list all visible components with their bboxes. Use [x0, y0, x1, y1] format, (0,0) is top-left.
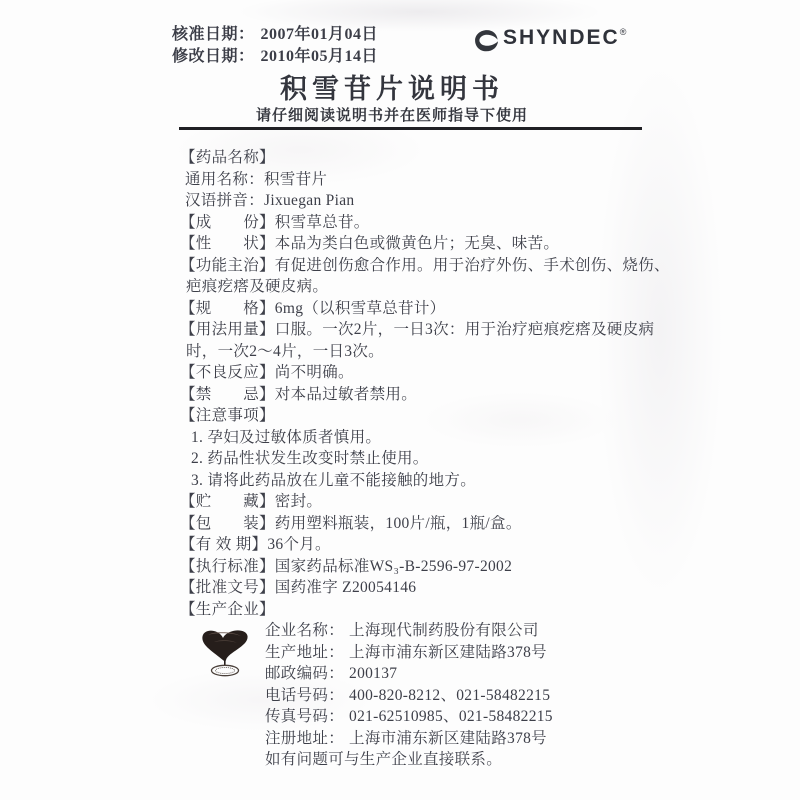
approval-date-label: 核准日期：	[172, 26, 255, 43]
field-indications: 【功能主治】有促进创伤愈合作用。用于治疗外伤、手术创伤、烧伤、	[180, 255, 654, 277]
fax-number-row: 传真号码：021-62510985、021-58482215	[180, 706, 654, 728]
field-validity-period: 【有 效 期】36个月。	[180, 534, 654, 556]
contact-note: 如有问题可与生产企业直接联系。	[180, 749, 654, 771]
field-adverse-reactions: 【不良反应】尚不明确。	[180, 362, 654, 384]
field-dosage: 【用法用量】口服。一次2片，一日3次：用于治疗疤痕疙瘩及硬皮病	[180, 319, 654, 341]
field-pinyin: 汉语拼音：Jixuegan Pian	[180, 190, 654, 212]
header-divider	[179, 127, 642, 130]
fax-number-label: 传真号码：	[265, 708, 344, 725]
manufacturer-name-value: 上海现代制药股份有限公司	[349, 622, 539, 639]
production-address-label: 生产地址：	[265, 644, 344, 661]
revision-date-label: 修改日期：	[172, 48, 255, 65]
revision-date-value: 2010年05月14日	[261, 48, 379, 65]
field-ingredients: 【成 份】积雪草总苷。	[180, 212, 654, 234]
field-contraindications: 【禁 忌】对本品过敏者禁用。	[180, 384, 654, 406]
page-subtitle: 请仔细阅读说明书并在医师指导下使用	[168, 104, 616, 125]
registered-address-label: 注册地址：	[265, 730, 344, 747]
field-generic-name: 通用名称：积雪苷片	[180, 169, 654, 191]
field-approval-number: 【批准文号】国药准字 Z20054146	[180, 577, 654, 599]
date-block: 核准日期：2007年01月04日 修改日期：2010年05月14日	[172, 24, 378, 68]
revision-date-line: 修改日期：2010年05月14日	[172, 46, 378, 68]
package-insert-page: 核准日期：2007年01月04日 修改日期：2010年05月14日 SHYNDE…	[0, 0, 800, 800]
approval-date-value: 2007年01月04日	[261, 26, 379, 43]
registered-trademark-icon: ®	[620, 27, 627, 37]
registered-address-value: 上海市浦东新区建陆路378号	[349, 730, 547, 747]
shyndec-swirl-icon	[474, 27, 500, 58]
precaution-item-3: 3. 请将此药品放在儿童不能接触的地方。	[180, 470, 654, 492]
field-precautions: 【注意事项】	[180, 405, 654, 427]
postal-code-value: 200137	[349, 665, 397, 682]
phone-number-value: 400-820-8212、021-58482215	[349, 687, 550, 704]
field-manufacturer: 【生产企业】	[180, 599, 654, 621]
production-address-value: 上海市浦东新区建陆路378号	[349, 644, 547, 661]
fax-number-value: 021-62510985、021-58482215	[349, 708, 553, 725]
field-packaging: 【包 装】药用塑料瓶装，100片/瓶，1瓶/盒。	[180, 513, 654, 535]
postal-code-label: 邮政编码：	[265, 665, 344, 682]
page-title: 积雪苷片说明书	[168, 67, 616, 106]
shyndec-logo: SHYNDEC ®	[474, 27, 626, 58]
manufacturer-name-label: 企业名称：	[265, 622, 344, 639]
field-dosage-cont: 时，一次2～4片，一日3次。	[180, 341, 654, 363]
precaution-item-1: 1. 孕妇及过敏体质者慎用。	[180, 427, 654, 449]
phone-number-row: 电话号码：400-820-8212、021-58482215	[180, 685, 654, 707]
brand-name: SHYNDEC	[503, 27, 620, 49]
precaution-item-2: 2. 药品性状发生改变时禁止使用。	[180, 448, 654, 470]
field-description: 【性 状】本品为类白色或微黄色片；无臭、味苦。	[180, 233, 654, 255]
manufacturer-logo-icon	[198, 627, 254, 684]
field-storage: 【贮 藏】密封。	[180, 491, 654, 513]
field-specification: 【规 格】6mg（以积雪草总苷计）	[180, 298, 654, 320]
registered-address-row: 注册地址：上海市浦东新区建陆路378号	[180, 728, 654, 750]
field-indications-cont: 疤痕疙瘩及硬皮病。	[180, 276, 654, 298]
approval-date-line: 核准日期：2007年01月04日	[172, 24, 378, 46]
field-drug-name: 【药品名称】	[180, 147, 654, 169]
field-standard: 【执行标准】国家药品标准WS₃-B-2596-97-2002	[180, 556, 654, 578]
phone-number-label: 电话号码：	[265, 687, 344, 704]
